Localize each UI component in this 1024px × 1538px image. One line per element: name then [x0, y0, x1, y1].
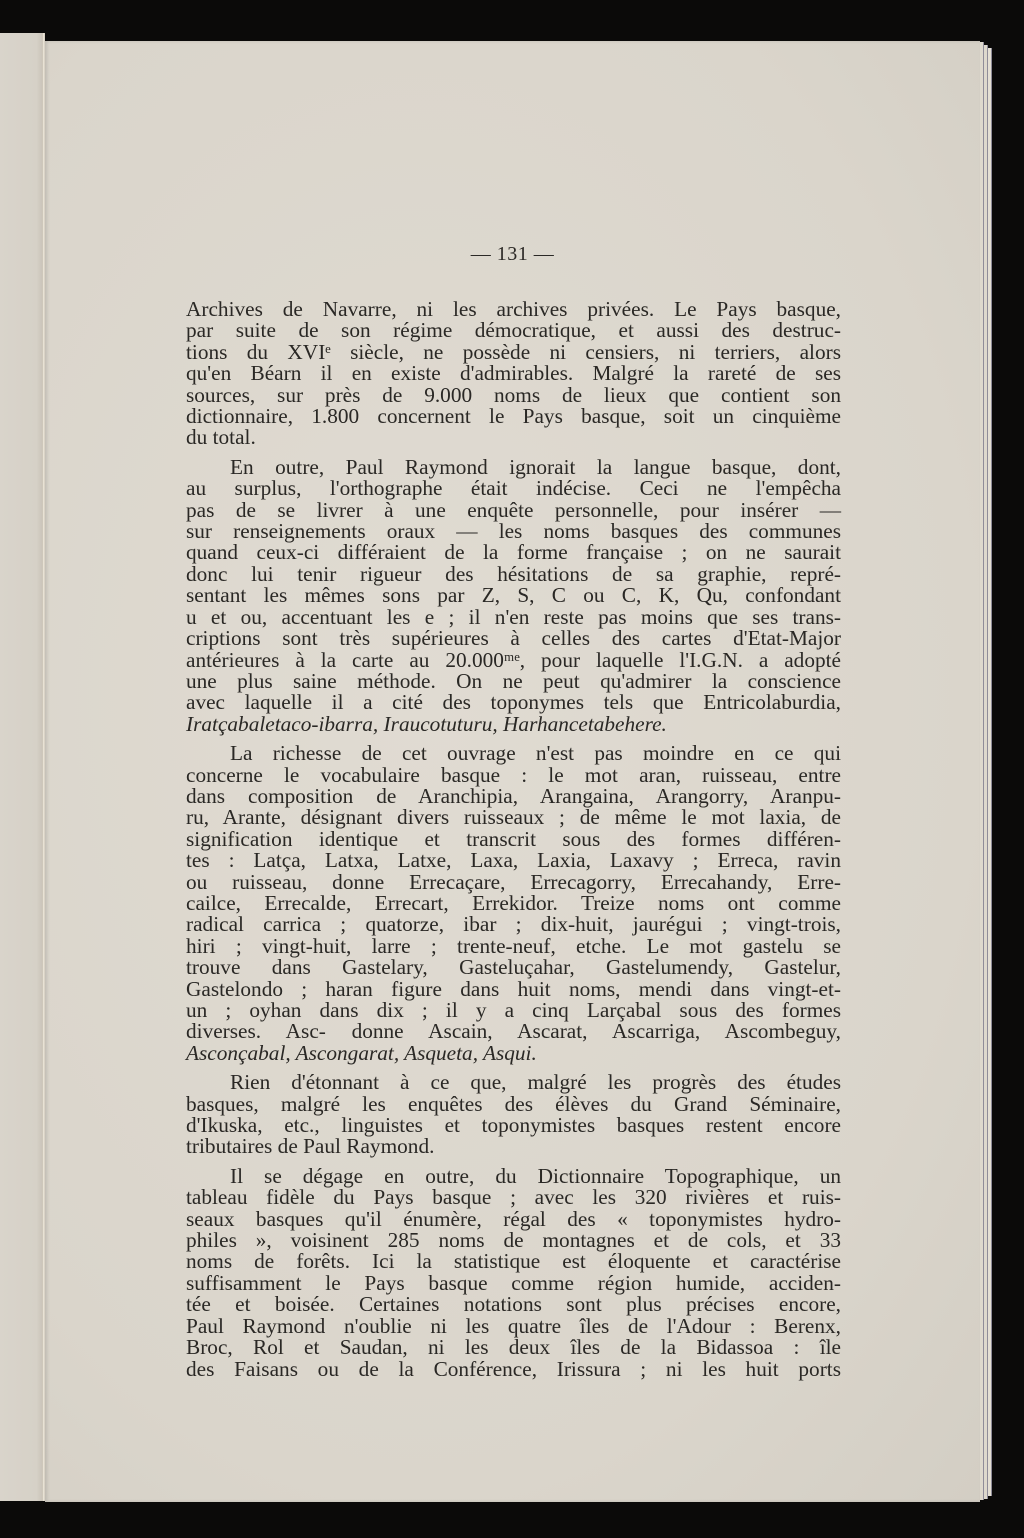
- text-line: radical carrica ; quatorze, ibar ; dix-h…: [186, 914, 841, 935]
- text-line: tions du XVIᵉ siècle, ne possède ni cens…: [186, 342, 841, 363]
- text-line: criptions sont très supérieures à celles…: [186, 628, 841, 649]
- text-line: ou ruisseau, donne Errecaçare, Errecagor…: [186, 872, 841, 893]
- text-line: tes : Latça, Latxa, Latxe, Laxa, Laxia, …: [186, 850, 841, 871]
- body-text: Archives de Navarre, ni les archives pri…: [186, 299, 841, 1388]
- text-line: tributaires de Paul Raymond.: [186, 1136, 841, 1157]
- paragraph-1: Archives de Navarre, ni les archives pri…: [186, 299, 841, 449]
- text-line: concerne le vocabulaire basque : le mot …: [186, 765, 841, 786]
- paragraph-3: La richesse de cet ouvrage n'est pas moi…: [186, 743, 841, 1064]
- page-stack-edge: [980, 42, 984, 1500]
- text-line: signification identique et transcrit sou…: [186, 829, 841, 850]
- text-line: quand ceux-ci différaient de la forme fr…: [186, 542, 841, 563]
- text-line: diverses. Asc- donne Ascain, Ascarat, As…: [186, 1021, 841, 1042]
- text-line: ru, Arante, désignant divers ruisseaux ;…: [186, 807, 841, 828]
- text-line: philes », voisinent 285 noms de montagne…: [186, 1230, 841, 1251]
- text-line: La richesse de cet ouvrage n'est pas moi…: [186, 743, 841, 764]
- text-line: cailce, Errecalde, Errecart, Errekidor. …: [186, 893, 841, 914]
- text-line: noms de forêts. Ici la statistique est é…: [186, 1251, 841, 1272]
- text-line: Iratçabaletaco-ibarra, Iraucotuturu, Har…: [186, 714, 841, 735]
- text-line: En outre, Paul Raymond ignorait la langu…: [186, 457, 841, 478]
- text-line: seaux basques qu'il énumère, régal des «…: [186, 1209, 841, 1230]
- text-line: Archives de Navarre, ni les archives pri…: [186, 299, 841, 320]
- text-line: tée et boisée. Certaines notations sont …: [186, 1294, 841, 1315]
- book-page: — 131 — Archives de Navarre, ni les arch…: [45, 41, 980, 1502]
- facing-page-edge: [0, 33, 43, 1501]
- text-line: avec laquelle il a cité des toponymes te…: [186, 692, 841, 713]
- page-stack-edge: [988, 48, 992, 1496]
- text-line: une plus saine méthode. On ne peut qu'ad…: [186, 671, 841, 692]
- text-line: u et ou, accentuant les e ; il n'en rest…: [186, 607, 841, 628]
- page-number: — 131 —: [45, 243, 980, 266]
- text-line: trouve dans Gastelary, Gasteluçahar, Gas…: [186, 957, 841, 978]
- text-line: Paul Raymond n'oublie ni les quatre îles…: [186, 1316, 841, 1337]
- text-line: basques, malgré les enquêtes des élèves …: [186, 1094, 841, 1115]
- text-line: sources, sur près de 9.000 noms de lieux…: [186, 385, 841, 406]
- text-line: hiri ; vingt-huit, larre ; trente-neuf, …: [186, 936, 841, 957]
- text-line: d'Ikuska, etc., linguistes et toponymist…: [186, 1115, 841, 1136]
- paragraph-2: En outre, Paul Raymond ignorait la langu…: [186, 457, 841, 735]
- text-line: du total.: [186, 427, 841, 448]
- text-line: des Faisans ou de la Conférence, Irissur…: [186, 1359, 841, 1380]
- text-line: tableau fidèle du Pays basque ; avec les…: [186, 1187, 841, 1208]
- text-line: par suite de son régime démocratique, et…: [186, 320, 841, 341]
- text-line: qu'en Béarn il en existe d'admirables. M…: [186, 363, 841, 384]
- text-line: Broc, Rol et Saudan, ni les deux îles de…: [186, 1337, 841, 1358]
- text-line: sentant les mêmes sons par Z, S, C ou C,…: [186, 585, 841, 606]
- text-line: un ; oyhan dans dix ; il y a cinq Larçab…: [186, 1000, 841, 1021]
- text-line: Gastelondo ; haran figure dans huit noms…: [186, 979, 841, 1000]
- text-line: Il se dégage en outre, du Dictionnaire T…: [186, 1166, 841, 1187]
- text-line: au surplus, l'orthographe était indécise…: [186, 478, 841, 499]
- text-line: pas de se livrer à une enquête personnel…: [186, 500, 841, 521]
- paragraph-4: Rien d'étonnant à ce que, malgré les pro…: [186, 1072, 841, 1158]
- paragraph-5: Il se dégage en outre, du Dictionnaire T…: [186, 1166, 841, 1380]
- text-line: sur renseignements oraux — les noms basq…: [186, 521, 841, 542]
- text-line: Rien d'étonnant à ce que, malgré les pro…: [186, 1072, 841, 1093]
- page-stack-edge: [984, 45, 988, 1499]
- text-line: donc lui tenir rigueur des hésitations d…: [186, 564, 841, 585]
- book-gutter: [42, 33, 45, 1501]
- text-line: dictionnaire, 1.800 concernent le Pays b…: [186, 406, 841, 427]
- text-line: dans composition de Aranchipia, Arangain…: [186, 786, 841, 807]
- text-line: antérieures à la carte au 20.000ᵐᵉ, pour…: [186, 650, 841, 671]
- text-line: suffisamment le Pays basque comme région…: [186, 1273, 841, 1294]
- text-line: Asconçabal, Ascongarat, Asqueta, Asqui.: [186, 1043, 841, 1064]
